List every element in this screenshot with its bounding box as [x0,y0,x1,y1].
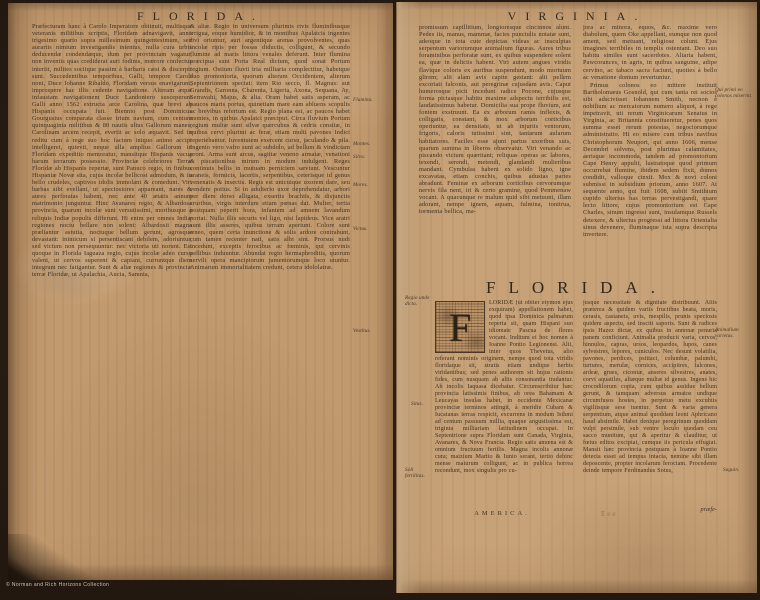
footer-book-title: AMERICA. [437,510,567,517]
margin-note-montes: Montes. [353,142,389,148]
collection-watermark: © Norman and Rich Horizons Collection [6,582,109,588]
left-page-column-1: Præfecturam hanc à Carolo Imperatore obt… [32,23,192,393]
florida-section-heading: FLORIDA. [397,278,757,298]
florida-column-1: F LORIDÆ (ut obiter etymon ejus exquiram… [435,300,573,510]
woodcut-initial-F: F [435,301,485,353]
margin-note-flumina: Flumina. [353,98,389,104]
florida-column-2: jusque necessitate & dignitate distribuu… [583,300,717,506]
margin-note-animalium-varietas: Animalium varietas. [715,328,747,340]
margin-note-mores: Mores. [353,183,389,189]
margin-note-situs: Situs. [411,402,435,408]
margin-note-victus: Victus. [353,227,389,233]
left-page: FLORIDA. Præfecturam hanc à Carolo Imper… [8,3,393,580]
margin-note-soli-fertilitas: Soli fertilitas. [405,468,433,480]
margin-note-regio-unde-dicta: Regio unde dicta. [405,296,433,308]
margin-note-vestitus: Vestitus. [353,329,389,335]
virginia-column-1: promissum capillitium, longioresque cinc… [419,24,571,272]
footer-catchword: præfe- [681,506,717,513]
left-page-running-header: FLORIDA. [8,9,393,24]
margin-note-qui-primi: Qui primi eo colonos miserint. [715,88,755,100]
footer-signature-mark: Eee [601,510,618,518]
left-page-column-2: & aliæ. Regio in universum plurimis rivi… [190,23,350,381]
margin-note-silva: Silva. [353,155,389,161]
margin-note-saguin: Saguin. [723,468,753,474]
virginia-column-2: jora ac minora, equos, &c. maxime vero d… [583,24,717,272]
right-page-running-header: VIRGINIA. [397,9,757,24]
right-page: VIRGINIA. promissum capillitium, longior… [396,2,757,593]
